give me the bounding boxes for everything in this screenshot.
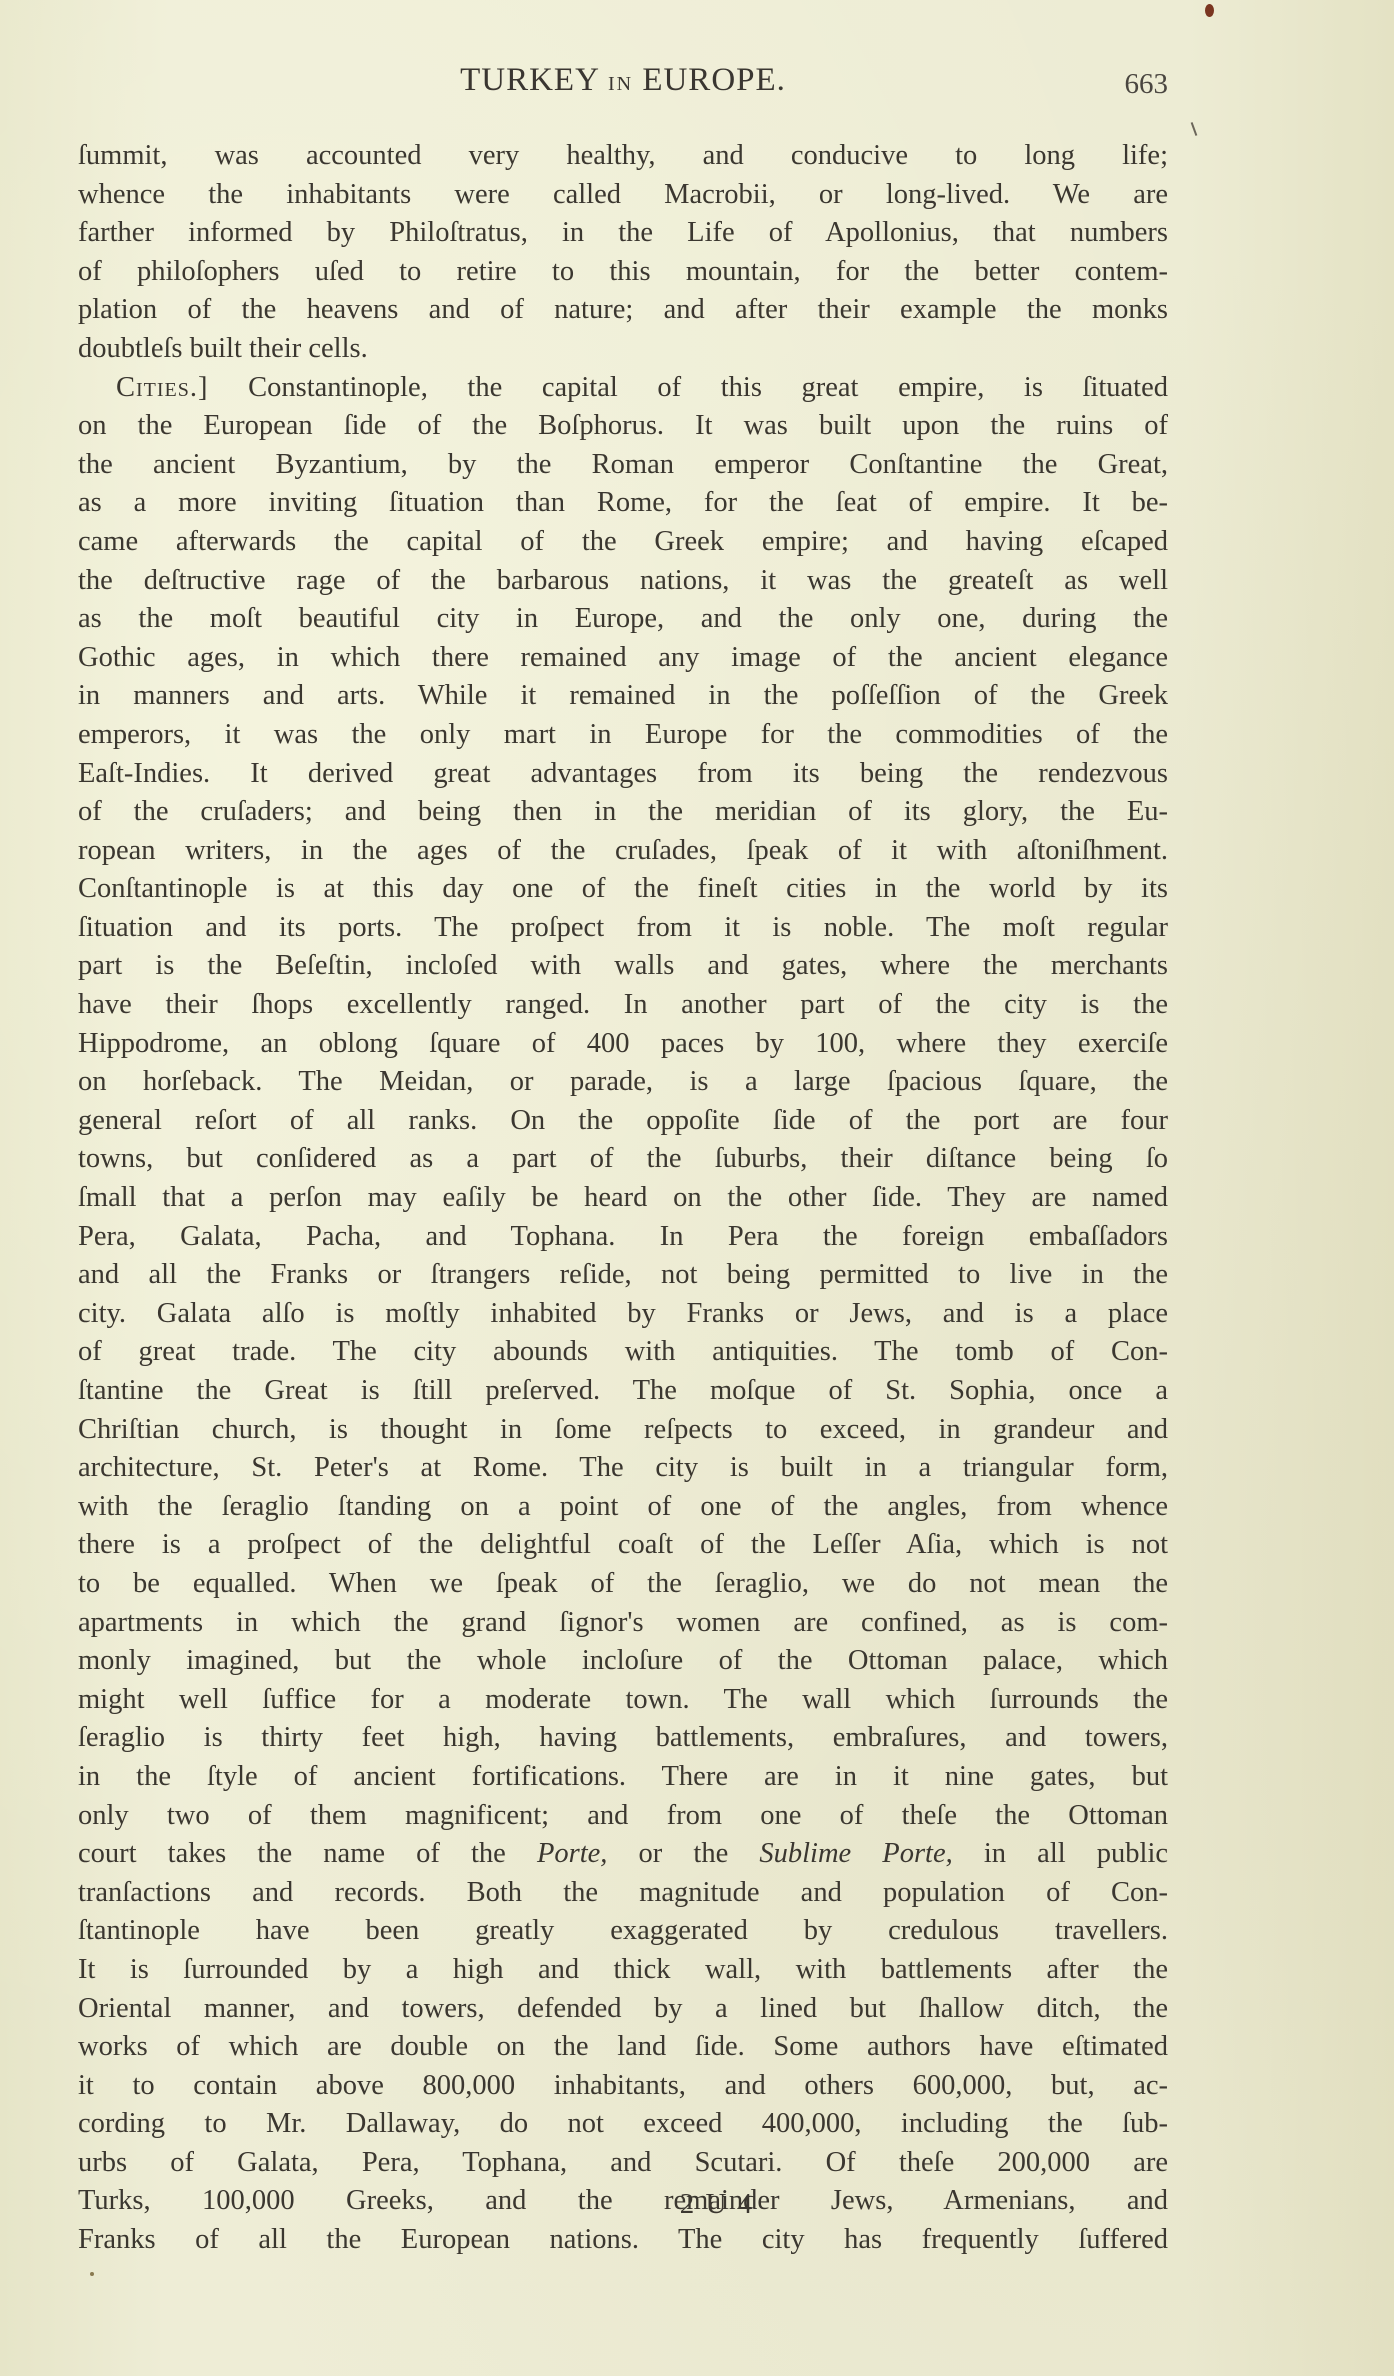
porte-text-middle: or the xyxy=(639,1838,729,1869)
text-line: ſtantinople have been greatly exaggerate… xyxy=(78,1912,1168,1951)
text-line: ſituation and its ports. The proſpect fr… xyxy=(78,909,1168,948)
running-title: TURKEY IN EUROPE. xyxy=(78,62,1168,99)
text-line: Chriſtian church, is thought in ſome reſ… xyxy=(78,1411,1168,1450)
porte-text-before: court takes the name of the xyxy=(78,1838,506,1869)
text-line: city. Galata alſo is moſtly inhabited by… xyxy=(78,1295,1168,1334)
text-line: Gothic ages, in which there remained any… xyxy=(78,639,1168,678)
text-line: It is ſurrounded by a high and thick wal… xyxy=(78,1951,1168,1990)
text-line: ſmall that a perſon may eaſily be heard … xyxy=(78,1179,1168,1218)
text-line: in the ſtyle of ancient fortifications. … xyxy=(78,1758,1168,1797)
text-line: Franks of all the European nations. The … xyxy=(78,2221,1168,2260)
text-line: of the cruſaders; and being then in the … xyxy=(78,793,1168,832)
margin-mark xyxy=(1191,122,1198,136)
porte-text-after: in all public xyxy=(984,1838,1168,1869)
text-line: ſeraglio is thirty feet high, having bat… xyxy=(78,1719,1168,1758)
signature-mark-text: 2 U 4 xyxy=(680,2188,754,2221)
text-line: in manners and arts. While it remained i… xyxy=(78,677,1168,716)
text-line: of great trade. The city abounds with an… xyxy=(78,1333,1168,1372)
text-line: part is the Beſeſtin, incloſed with wall… xyxy=(78,947,1168,986)
text-line: tranſactions and records. Both the magni… xyxy=(78,1874,1168,1913)
text-line: plation of the heavens and of nature; an… xyxy=(78,291,1168,330)
text-line: whence the inhabitants were called Macro… xyxy=(78,176,1168,215)
text-line: urbs of Galata, Pera, Tophana, and Scuta… xyxy=(78,2144,1168,2183)
text-line-cities-content: Constantinople, the capital of this grea… xyxy=(248,372,1168,403)
text-line: doubtleſs built their cells. xyxy=(78,330,1168,369)
text-line: apartments in which the grand ſignor's w… xyxy=(78,1604,1168,1643)
text-line: architecture, St. Peter's at Rome. The c… xyxy=(78,1449,1168,1488)
text-line: towns, but conſidered as a part of the ſ… xyxy=(78,1140,1168,1179)
text-line: have their ſhops excellently ranged. In … xyxy=(78,986,1168,1025)
running-title-word-3: EUROPE. xyxy=(642,62,786,98)
signature-mark: 2 U 4 xyxy=(0,2188,1394,2221)
text-line: on the European ſide of the Boſphorus. I… xyxy=(78,407,1168,446)
text-line: ropean writers, in the ages of the cruſa… xyxy=(78,832,1168,871)
text-line: emperors, it was the only mart in Europe… xyxy=(78,716,1168,755)
text-line-porte: court takes the name of the Porte, or th… xyxy=(78,1835,1168,1874)
page-number: 663 xyxy=(1125,68,1169,101)
text-line: there is a proſpect of the delightful co… xyxy=(78,1526,1168,1565)
text-line: monly imagined, but the whole incloſure … xyxy=(78,1642,1168,1681)
text-line: general reſort of all ranks. On the oppo… xyxy=(78,1102,1168,1141)
running-title-word-2: IN xyxy=(608,73,633,95)
text-line: as a more inviting ſituation than Rome, … xyxy=(78,484,1168,523)
ink-speck xyxy=(1205,4,1214,17)
text-line: with the ſeraglio ſtanding on a point of… xyxy=(78,1488,1168,1527)
text-line: to be equalled. When we ſpeak of the ſer… xyxy=(78,1565,1168,1604)
text-line: came afterwards the capital of the Greek… xyxy=(78,523,1168,562)
text-line: works of which are double on the land ſi… xyxy=(78,2028,1168,2067)
text-line: of philoſophers uſed to retire to this m… xyxy=(78,253,1168,292)
text-line: ſtantine the Great is ſtill preſerved. T… xyxy=(78,1372,1168,1411)
body-text: ſummit, was accounted very healthy, and … xyxy=(78,137,1168,2260)
running-title-word-1: TURKEY xyxy=(460,62,599,98)
sublime-porte-italic: Sublime Porte, xyxy=(759,1838,952,1869)
text-line: and all the Franks or ſtrangers reſide, … xyxy=(78,1256,1168,1295)
text-line: cording to Mr. Dallaway, do not exceed 4… xyxy=(78,2105,1168,2144)
text-line: on horſeback. The Meidan, or parade, is … xyxy=(78,1063,1168,1102)
text-line: the ancient Byzantium, by the Roman empe… xyxy=(78,446,1168,485)
text-line: as the moſt beautiful city in Europe, an… xyxy=(78,600,1168,639)
text-line: it to contain above 800,000 inhabitants,… xyxy=(78,2067,1168,2106)
text-line: Hippodrome, an oblong ſquare of 400 pace… xyxy=(78,1025,1168,1064)
text-line: ſummit, was accounted very healthy, and … xyxy=(78,137,1168,176)
text-line: the deſtructive rage of the barbarous na… xyxy=(78,562,1168,601)
porte-italic: Porte, xyxy=(537,1838,607,1869)
text-line: only two of them magnificent; and from o… xyxy=(78,1797,1168,1836)
text-line: farther informed by Philoſtratus, in the… xyxy=(78,214,1168,253)
text-line: Eaſt-Indies. It derived great advantages… xyxy=(78,755,1168,794)
text-line: Conſtantinople is at this day one of the… xyxy=(78,870,1168,909)
text-line: Pera, Galata, Pacha, and Tophana. In Per… xyxy=(78,1218,1168,1257)
text-line-cities: Cities.] Constantinople, the capital of … xyxy=(78,369,1168,408)
running-header: TURKEY IN EUROPE. 663 xyxy=(78,62,1168,106)
text-line: Oriental manner, and towers, defended by… xyxy=(78,1990,1168,2029)
text-line: might well ſuffice for a moderate town. … xyxy=(78,1681,1168,1720)
paper-speck xyxy=(90,2272,94,2276)
section-heading-cities: Cities.] xyxy=(116,372,209,403)
book-page: TURKEY IN EUROPE. 663 ſummit, was accoun… xyxy=(0,0,1394,2376)
